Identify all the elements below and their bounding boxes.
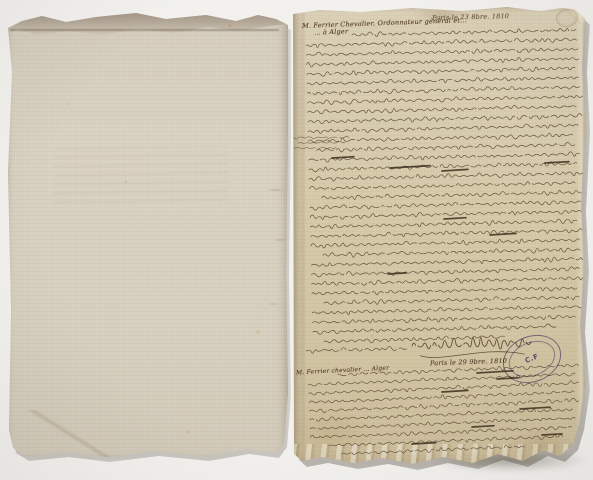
manuscript-scan: M. Ferrier Chevalier, Ordonnateur généra… — [0, 0, 593, 480]
left-page — [8, 12, 288, 460]
left-page-torn-edge — [8, 12, 288, 38]
right-page: M. Ferrier Chevalier, Ordonnateur généra… — [292, 6, 586, 468]
letter1-addressee-line2: … à Alger — [314, 27, 348, 36]
left-page-torn-edge-line — [10, 29, 279, 31]
handwriting-ink — [292, 6, 586, 468]
left-page-bleedthrough-ghost — [53, 145, 229, 203]
left-page-stains — [8, 12, 288, 460]
left-page-paper-texture — [8, 12, 288, 460]
